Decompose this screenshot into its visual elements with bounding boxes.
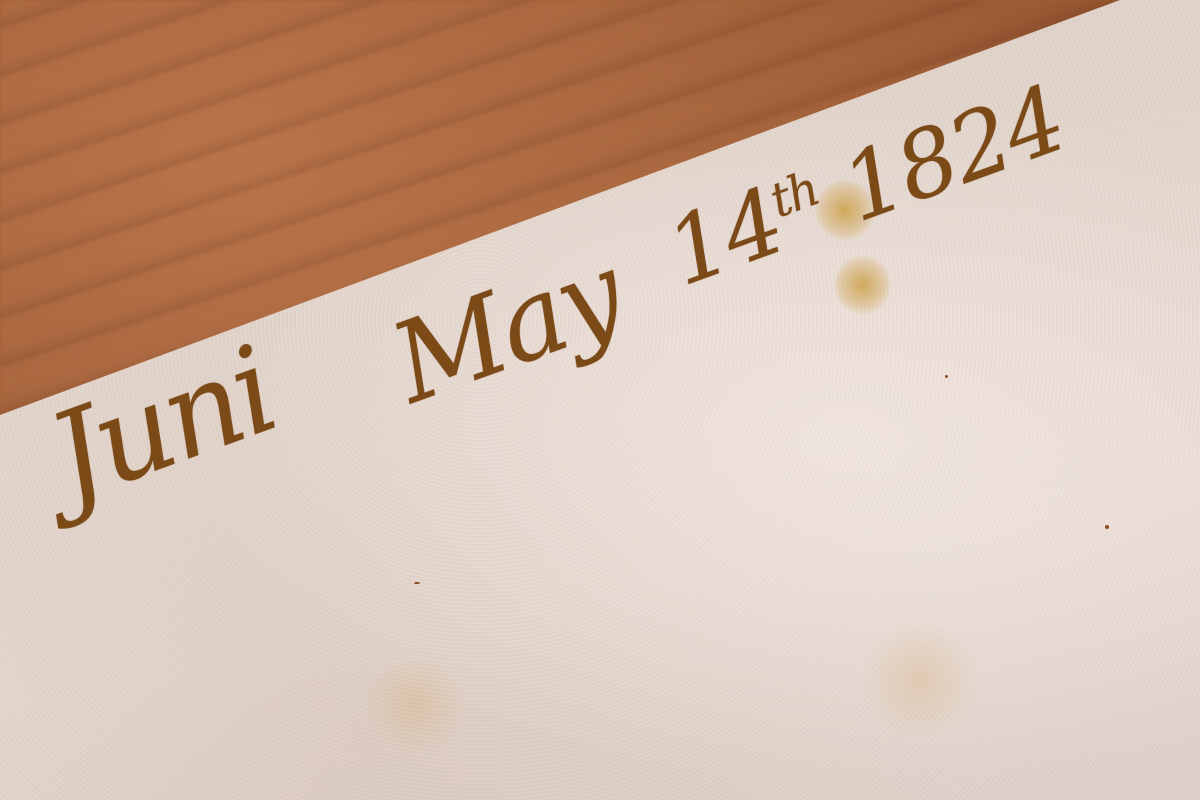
inscription-word-month: May [376, 229, 637, 428]
inscription-word-first: Juni [32, 321, 291, 529]
date-year: 1824 [829, 65, 1078, 243]
photo: Juni May 14th 1824 [0, 0, 1200, 800]
handwritten-inscription: Juni May 14th 1824 [0, 0, 1200, 800]
inscription-date: 14th 1824 [653, 65, 1077, 307]
